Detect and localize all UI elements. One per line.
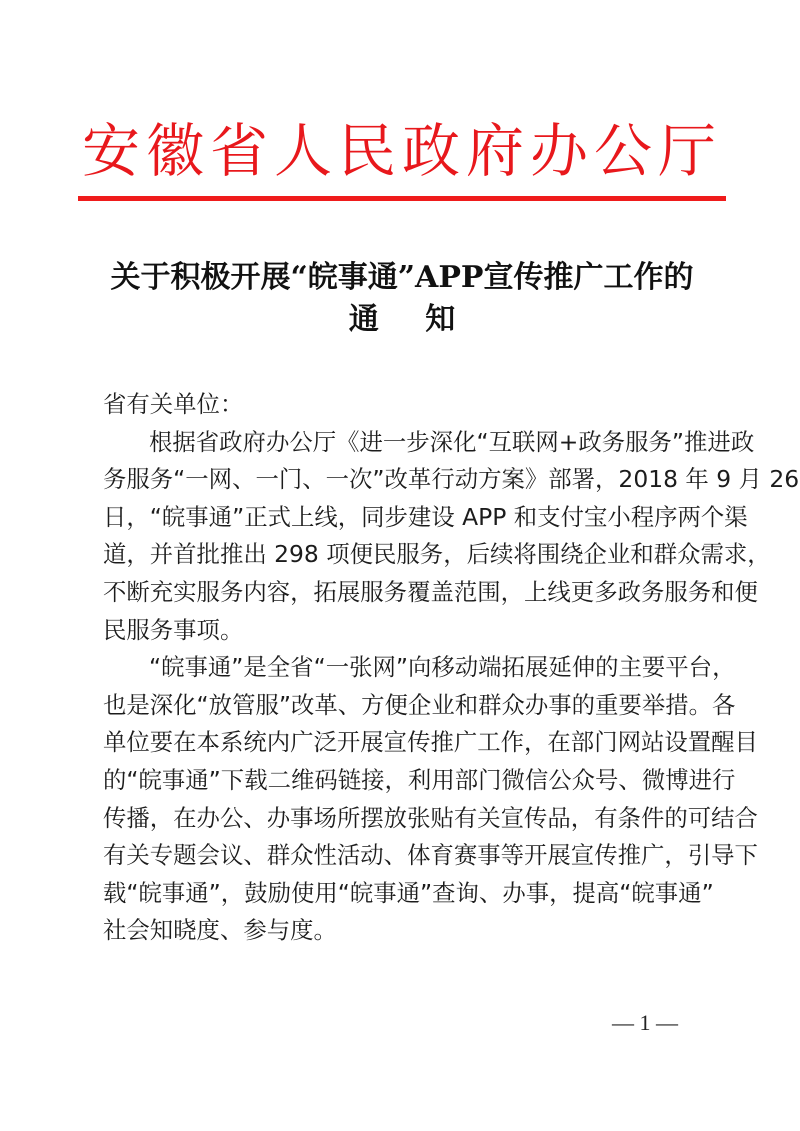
paragraph-line: 日，“皖事通”正式上线，同步建设 APP 和支付宝小程序两个渠 [103,499,695,537]
paragraph-line: 传播，在办公、办事场所摆放张贴有关宣传品，有条件的可结合 [103,800,695,838]
issuer-masthead: 安徽省人民政府办公厅 [78,118,726,184]
page-number: — 1 — [612,1010,678,1036]
paragraph-2: “皖事通”是全省“一张网”向移动端拓展延伸的主要平台， 也是深化“放管服”改革、… [103,649,695,950]
paragraph-line: 有关专题会议、群众性活动、体育赛事等开展宣传推广，引导下 [103,837,695,875]
paragraph-line: 道，并首批推出 298 项便民服务，后续将围绕企业和群众需求， [103,536,695,574]
paragraph-line: 也是深化“放管服”改革、方便企业和群众办事的重要举措。各 [103,687,695,725]
red-header-rule [78,196,726,201]
paragraph-line: 根据省政府办公厅《进一步深化“互联网+政务服务”推进政 [103,424,695,462]
paragraph-line: “皖事通”是全省“一张网”向移动端拓展延伸的主要平台， [103,649,695,687]
document-title-line-2: 通 知 [78,300,726,340]
document-title-line-1: 关于积极开展“皖事通”APP宣传推广工作的 [78,258,726,298]
paragraph-line: 民服务事项。 [103,612,695,650]
paragraph-line: 单位要在本系统内广泛开展宣传推广工作，在部门网站设置醒目 [103,724,695,762]
salutation: 省有关单位： [103,386,695,424]
paragraph-line: 务服务“一网、一门、一次”改革行动方案》部署，2018 年 9 月 26 [103,461,695,499]
paragraph-1: 根据省政府办公厅《进一步深化“互联网+政务服务”推进政 务服务“一网、一门、一次… [103,424,695,650]
paragraph-line: 社会知晓度、参与度。 [103,912,695,950]
paragraph-line: 不断充实服务内容，拓展服务覆盖范围，上线更多政务服务和便 [103,574,695,612]
document-body: 省有关单位： 根据省政府办公厅《进一步深化“互联网+政务服务”推进政 务服务“一… [103,386,695,950]
paragraph-line: 载“皖事通”，鼓励使用“皖事通”查询、办事，提高“皖事通” [103,875,695,913]
paragraph-line: 的“皖事通”下载二维码链接，利用部门微信公众号、微博进行 [103,762,695,800]
